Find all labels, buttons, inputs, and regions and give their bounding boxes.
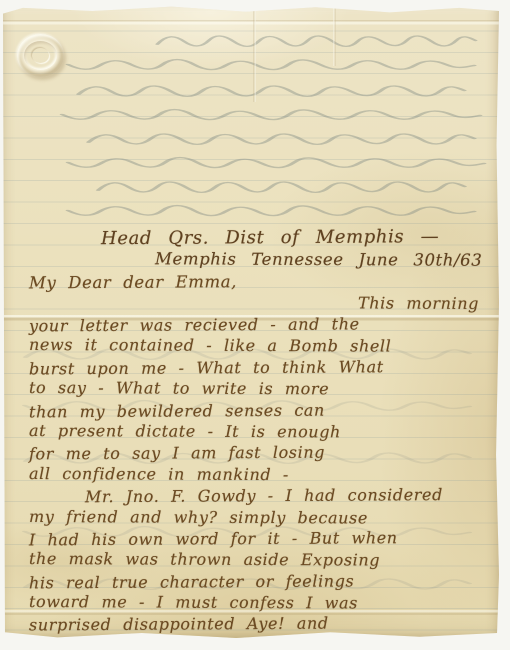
letter-paper: Head Qrs. Dist of Memphis — Memphis Tenn… <box>3 6 499 638</box>
letter-line: his real true character or feelings <box>29 569 489 593</box>
letter-line: for me to say I am fast losing <box>29 441 489 465</box>
letter-line: to say - What to write is more <box>29 377 489 400</box>
letter-line: the mask was thrown aside Exposing <box>29 548 489 571</box>
letter-line: at present dictate - It is enough <box>29 420 489 443</box>
letter-line: toward me - I must confess I was <box>29 591 489 614</box>
letter-line: Mr. Jno. F. Gowdy - I had considered <box>85 484 489 508</box>
letter-dateline: Memphis Tennessee June 30th/63 <box>155 248 489 271</box>
letter-line: news it contained - like a Bomb shell <box>29 334 489 357</box>
letter-line: my friend and why? simply because <box>29 506 489 529</box>
scanned-letter: Head Qrs. Dist of Memphis — Memphis Tenn… <box>0 0 510 650</box>
letter-line: burst upon me - What to think What <box>29 355 489 379</box>
letter-line: than my bewildered senses can <box>29 398 489 422</box>
letter-line: all confidence in mankind - <box>29 463 489 486</box>
letter-line: This morning <box>29 291 489 315</box>
letter-heading: Head Qrs. Dist of Memphis — <box>101 225 489 250</box>
letter-line: surprised disappointed Aye! and <box>29 612 489 636</box>
embossed-seal-icon <box>17 34 64 77</box>
letter-text: Head Qrs. Dist of Memphis — Memphis Tenn… <box>29 226 489 635</box>
letter-line: I had his own word for it - But when <box>29 527 489 551</box>
letter-line: your letter was recieved - and the <box>29 313 489 337</box>
letter-salutation: My Dear dear Emma, <box>29 270 489 294</box>
